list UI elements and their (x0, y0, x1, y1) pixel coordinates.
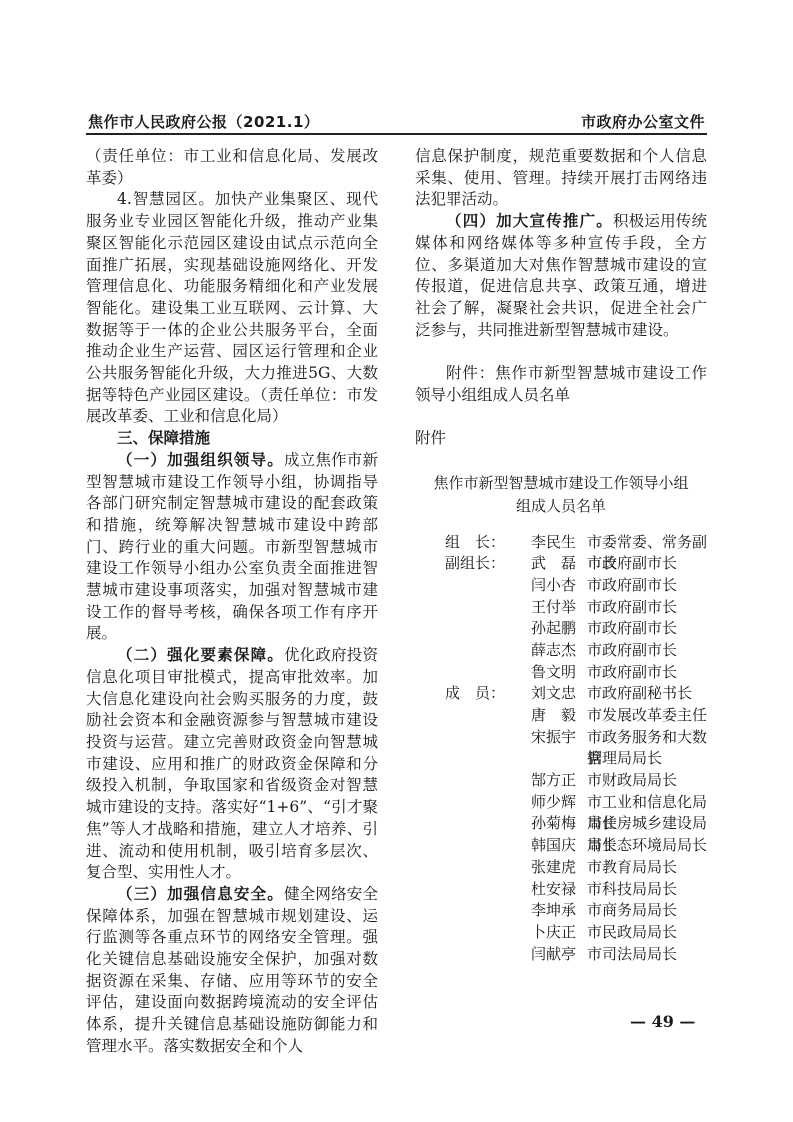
roster-name: 韩国庆 (531, 835, 587, 857)
roster-role (415, 705, 531, 727)
paragraph-body: 积极运用传统媒体和网络媒体等多种宣传手段，全方位、多渠道加大对焦作智慧城市建设的… (415, 212, 707, 339)
roster-row: 孙起鹏市政府副市长 (415, 618, 707, 640)
roster-name: 刘文忠 (531, 683, 587, 705)
roster-role: 成 员： (415, 683, 531, 705)
paragraph-body: 优化政府投资信息化项目审批模式，提高审批效率。加大信息化建设向社会购买服务的力度… (86, 646, 378, 881)
roster-title: 市政府副市长 (587, 553, 707, 575)
left-column: （责任单位：市工业和信息化局、发展改革委） 4.智慧园区。加快产业集聚区、现代服… (86, 146, 378, 1058)
roster-row: 张建虎市教育局局长 (415, 857, 707, 879)
roster-title: 市政府副市长 (587, 597, 707, 619)
roster-name: 孙起鹏 (531, 618, 587, 640)
roster-title: 市司法局局长 (587, 944, 707, 966)
attachment-title: 焦作市新型智慧城市建设工作领导小组 组成人员名单 (415, 472, 707, 518)
roster-role (415, 640, 531, 662)
roster-role: 组 长： (415, 532, 531, 554)
roster-title: 市委常委、常务副市长 (587, 532, 707, 554)
roster-title: 市政府副市长 (587, 575, 707, 597)
resources-paragraph: （二）强化要素保障。优化政府投资信息化项目审批模式，提高审批效率。加大信息化建设… (86, 645, 378, 884)
roster-title: 市科技局局长 (587, 879, 707, 901)
roster-title: 市发展改革委主任 (587, 705, 707, 727)
roster-name: 孙菊梅 (531, 813, 587, 835)
roster-role (415, 575, 531, 597)
roster-role (415, 597, 531, 619)
roster-name: 李民生 (531, 532, 587, 554)
roster-role (415, 748, 531, 770)
publicity-paragraph: （四）加大宣传推广。积极运用传统媒体和网络媒体等多种宣传手段，全方位、多渠道加大… (415, 211, 707, 341)
roster-row: 组 长：李民生市委常委、常务副市长 (415, 532, 707, 554)
attachment-note: 附件：焦作市新型智慧城市建设工作领导小组组成人员名单 (415, 363, 707, 406)
roster-role: 副组长： (415, 553, 531, 575)
paragraph-lead: （二）强化要素保障。 (117, 646, 284, 664)
roster-role (415, 835, 531, 857)
right-column: 信息保护制度，规范重要数据和个人信息采集、使用、管理。持续开展打击网络违法犯罪活… (415, 146, 707, 965)
roster-row: 闫小杏市政府副市长 (415, 575, 707, 597)
page-header: 焦作市人民政府公报（2021.1） 市政府办公室文件 (86, 108, 707, 135)
continued-paragraph: 信息保护制度，规范重要数据和个人信息采集、使用、管理。持续开展打击网络违法犯罪活… (415, 146, 707, 211)
roster-row: 成 员：刘文忠市政府副秘书长 (415, 683, 707, 705)
smart-park-paragraph: 4.智慧园区。加快产业集聚区、现代服务业专业园区智能化升级，推动产业集聚区智能化… (86, 189, 378, 428)
roster-role (415, 618, 531, 640)
roster-role (415, 922, 531, 944)
roster-name: 鲁文明 (531, 662, 587, 684)
roster-row: 副组长：武 磊市政府副市长 (415, 553, 707, 575)
paragraph-body: 成立焦作市新型智慧城市建设工作领导小组，协调指导各部门研究制定智慧城市建设的配套… (86, 451, 378, 643)
attachment-label: 附件 (415, 428, 707, 450)
paragraph-body: 健全网络安全保障体系，加强在智慧城市规划建设、运行监测等各重点环节的网络安全管理… (86, 885, 378, 1055)
roster-row: 师少辉市工业和信息化局局长 (415, 792, 707, 814)
roster-role (415, 727, 531, 749)
roster-row: 杜安禄市科技局局长 (415, 879, 707, 901)
roster-role (415, 770, 531, 792)
roster-name: 薛志杰 (531, 640, 587, 662)
roster-title: 市政府副市长 (587, 640, 707, 662)
roster-title: 市政府副市长 (587, 618, 707, 640)
paragraph-lead: （一）加强组织领导。 (117, 451, 284, 469)
roster-role (415, 792, 531, 814)
roster-name: 郜方正 (531, 770, 587, 792)
roster-title: 市政府副秘书长 (587, 683, 707, 705)
roster-name: 卜庆正 (531, 922, 587, 944)
roster-title: 市住房城乡建设局局长 (587, 813, 707, 835)
roster-name: 武 磊 (531, 553, 587, 575)
roster-row: 唐 毅市发展改革委主任 (415, 705, 707, 727)
roster-name: 李坤承 (531, 900, 587, 922)
roster-row: 鲁文明市政府副市长 (415, 662, 707, 684)
responsibility-note: （责任单位：市工业和信息化局、发展改革委） (86, 146, 378, 189)
roster-title: 管理局局长 (587, 748, 707, 770)
roster-title: 市商务局局长 (587, 900, 707, 922)
roster-name: 张建虎 (531, 857, 587, 879)
roster-name: 师少辉 (531, 792, 587, 814)
paragraph-lead: （四）加大宣传推广。 (446, 212, 613, 230)
roster-row: 闫献亭市司法局局长 (415, 944, 707, 966)
publication-title: 焦作市人民政府公报（2021.1） (88, 111, 319, 132)
roster-row: 宋振宇市政务服务和大数据 (415, 727, 707, 749)
paragraph-lead: （三）加强信息安全。 (117, 885, 284, 903)
roster-row: 孙菊梅市住房城乡建设局局长 (415, 813, 707, 835)
section-heading: 三、保障措施 (86, 428, 378, 450)
page-number: — 49 — (630, 1012, 695, 1031)
member-roster: 组 长：李民生市委常委、常务副市长副组长：武 磊市政府副市长闫小杏市政府副市长王… (415, 532, 707, 966)
roster-title: 市政务服务和大数据 (587, 727, 707, 749)
roster-name: 闫小杏 (531, 575, 587, 597)
roster-title: 市工业和信息化局局长 (587, 792, 707, 814)
roster-row: 薛志杰市政府副市长 (415, 640, 707, 662)
spacer (415, 341, 707, 363)
roster-role (415, 944, 531, 966)
roster-title: 市民政局局长 (587, 922, 707, 944)
security-paragraph: （三）加强信息安全。健全网络安全保障体系，加强在智慧城市规划建设、运行监测等各重… (86, 884, 378, 1058)
roster-name: 唐 毅 (531, 705, 587, 727)
roster-role (415, 879, 531, 901)
roster-title: 市教育局局长 (587, 857, 707, 879)
roster-row: 李坤承市商务局局长 (415, 900, 707, 922)
roster-role (415, 900, 531, 922)
roster-row: 管理局局长 (415, 748, 707, 770)
spacer (415, 406, 707, 428)
roster-role (415, 857, 531, 879)
roster-name: 闫献亭 (531, 944, 587, 966)
roster-role (415, 813, 531, 835)
roster-row: 韩国庆市生态环境局局长 (415, 835, 707, 857)
attachment-title-line: 焦作市新型智慧城市建设工作领导小组 (415, 472, 707, 495)
roster-title: 市财政局局长 (587, 770, 707, 792)
section-label: 市政府办公室文件 (581, 111, 705, 132)
roster-name (531, 748, 587, 770)
roster-row: 卜庆正市民政局局长 (415, 922, 707, 944)
roster-name: 杜安禄 (531, 879, 587, 901)
roster-role (415, 662, 531, 684)
organization-paragraph: （一）加强组织领导。成立焦作市新型智慧城市建设工作领导小组，协调指导各部门研究制… (86, 450, 378, 645)
roster-title: 市生态环境局局长 (587, 835, 707, 857)
roster-name: 王付举 (531, 597, 587, 619)
spacer (415, 450, 707, 472)
roster-name: 宋振宇 (531, 727, 587, 749)
attachment-title-line: 组成人员名单 (415, 495, 707, 518)
roster-row: 郜方正市财政局局长 (415, 770, 707, 792)
roster-row: 王付举市政府副市长 (415, 597, 707, 619)
roster-title: 市政府副市长 (587, 662, 707, 684)
